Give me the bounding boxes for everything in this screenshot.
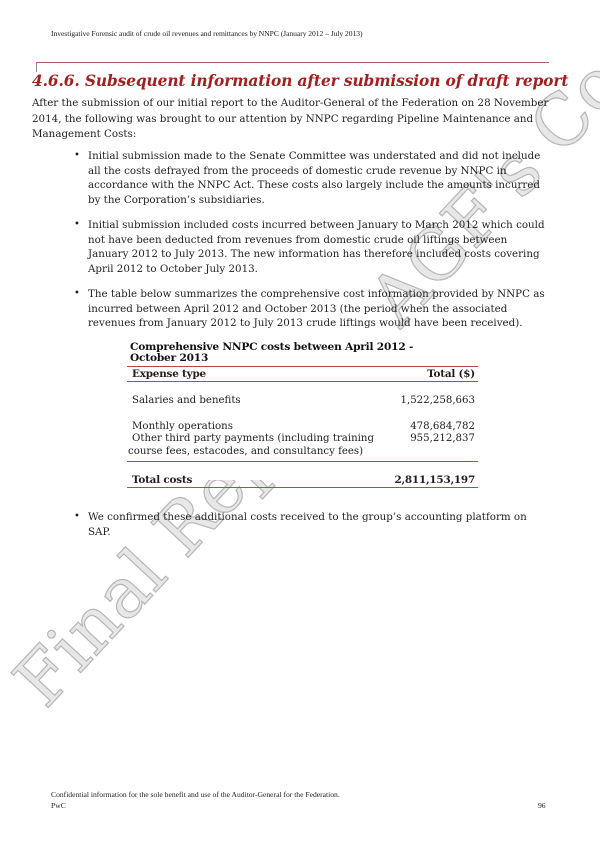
footer-brand: PwC <box>51 801 66 810</box>
bullet-icon: • <box>74 218 80 233</box>
bullet-text: Initial submission made to the Senate Co… <box>74 149 549 208</box>
row-value: 478,684,782 <box>410 421 478 434</box>
table-rule-bottom <box>127 487 478 488</box>
bullet-item: • We confirmed these additional costs re… <box>74 510 549 539</box>
bullet-icon: • <box>74 149 80 164</box>
table-row: Monthly operations 478,684,782 <box>127 421 478 434</box>
table-row: Other third party payments (including tr… <box>127 433 478 458</box>
row-value: 1,522,258,663 <box>400 395 478 408</box>
bullet-text: Initial submission included costs incurr… <box>74 218 549 277</box>
table-row: Salaries and benefits 1,522,258,663 <box>127 395 478 408</box>
intro-paragraph: After the submission of our initial repo… <box>32 96 552 143</box>
row-label-line: Other third party payments (including tr… <box>132 433 374 444</box>
column-header-expense-type: Expense type <box>127 367 206 381</box>
table-rule-body <box>127 461 478 462</box>
section-heading: 4.6.6. Subsequent information after subm… <box>32 72 568 90</box>
document-page: Final Report - AGF's Copy Investigative … <box>0 0 600 849</box>
bullet-icon: • <box>74 510 80 525</box>
bullet-item: • Initial submission included costs incu… <box>74 218 549 277</box>
total-label: Total costs <box>127 473 192 487</box>
column-header-total: Total ($) <box>427 367 478 381</box>
bullet-icon: • <box>74 287 80 302</box>
total-value: 2,811,153,197 <box>394 473 478 487</box>
bullet-text: We confirmed these additional costs rece… <box>74 510 549 539</box>
row-label: Salaries and benefits <box>127 395 241 408</box>
bullet-item: • The table below summarizes the compreh… <box>74 287 549 331</box>
page-number: 96 <box>538 801 546 810</box>
cost-table: Comprehensive NNPC costs between April 2… <box>127 342 478 488</box>
table-total-row: Total costs 2,811,153,197 <box>127 473 478 487</box>
heading-bracket-rule <box>36 62 549 72</box>
table-rule-header <box>127 381 478 382</box>
row-label: Other third party payments (including tr… <box>127 433 374 458</box>
bullet-item: • Initial submission made to the Senate … <box>74 149 549 208</box>
row-label-line: course fees, estacodes, and consultancy … <box>128 446 363 457</box>
table-header-row: Expense type Total ($) <box>127 367 478 381</box>
table-title: Comprehensive NNPC costs between April 2… <box>127 342 460 364</box>
bullet-text: The table below summarizes the comprehen… <box>74 287 549 331</box>
row-value: 955,212,837 <box>410 433 478 446</box>
running-header: Investigative Forensic audit of crude oi… <box>51 29 363 38</box>
footer-confidentiality-note: Confidential information for the sole be… <box>51 790 340 799</box>
row-label: Monthly operations <box>127 421 233 434</box>
